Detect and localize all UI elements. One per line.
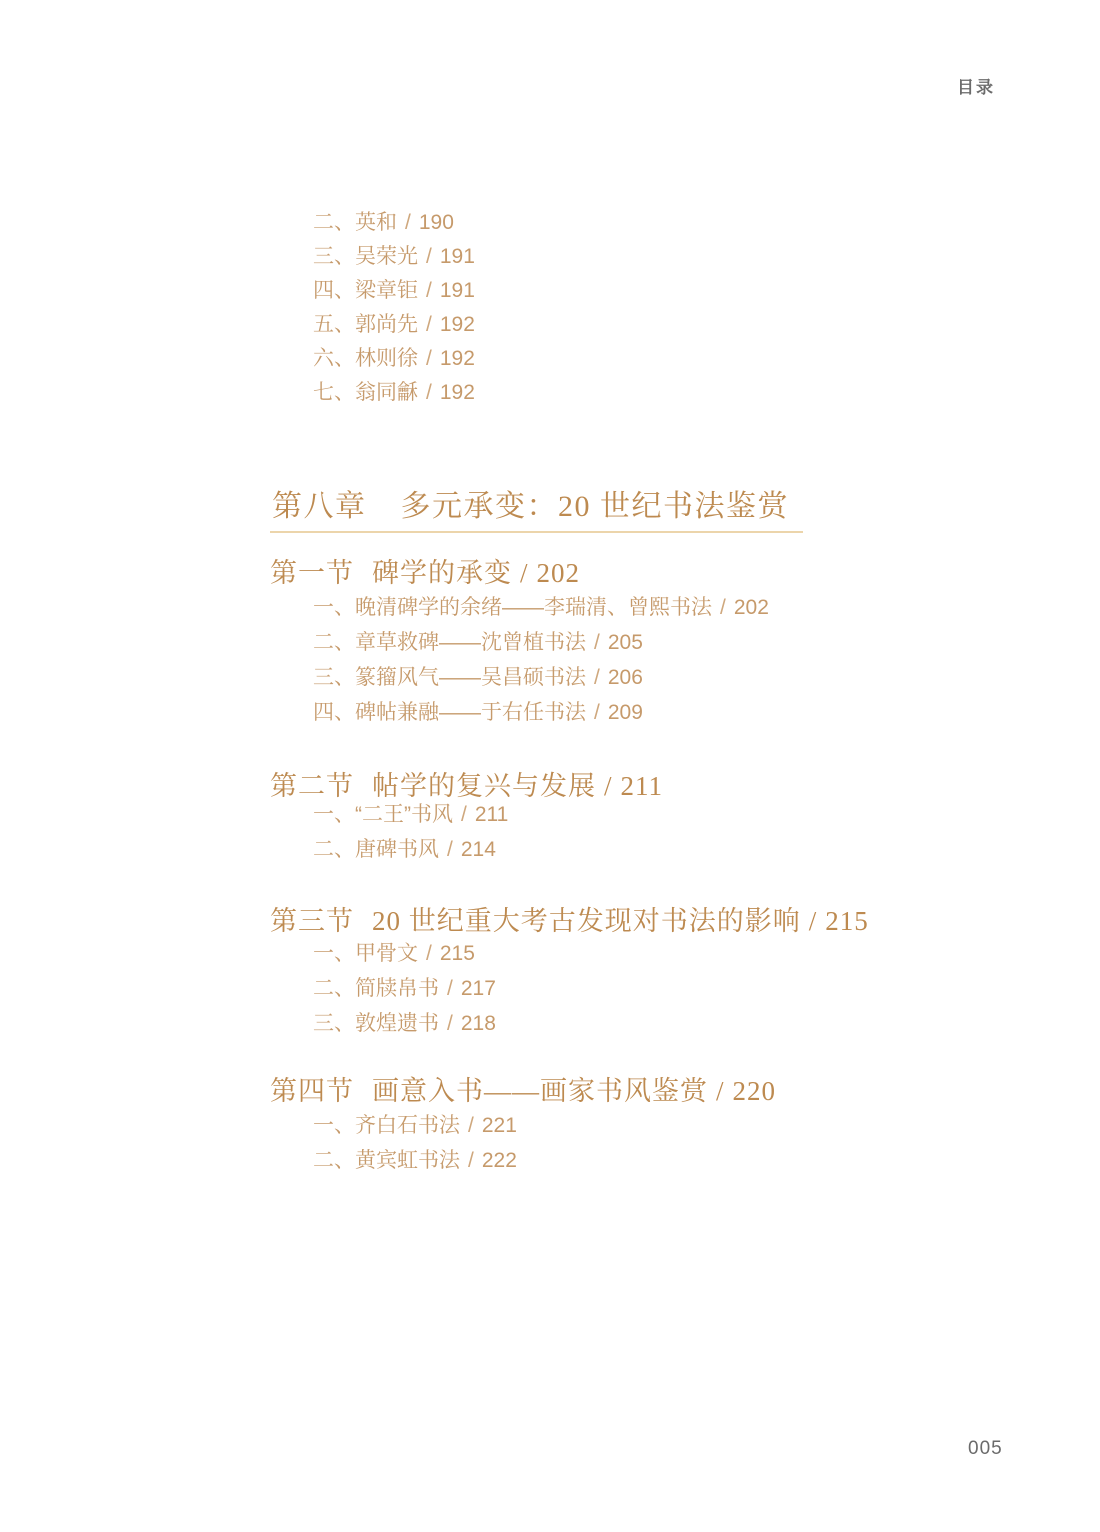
entry-page-number: 221 <box>482 1114 517 1137</box>
entry-separator: / <box>418 381 440 404</box>
entry-separator: / <box>439 977 461 1000</box>
entry-separator: / <box>418 347 440 370</box>
toc-entry: 六、林则徐/192 <box>313 342 475 376</box>
section-number: 第一节 <box>270 558 354 588</box>
toc-entry: 一、齐白石书法/221 <box>313 1108 517 1143</box>
entry-separator: / <box>460 1149 482 1172</box>
toc-entry: 二、章草救碑——沈曾植书法/205 <box>313 625 769 660</box>
toc-entry: 二、英和/190 <box>313 206 475 240</box>
toc-entry: 二、简牍帛书/217 <box>313 971 496 1006</box>
entry-label: 二、唐碑书风 <box>313 838 439 861</box>
entry-label: 一、甲骨文 <box>313 942 418 965</box>
section-entry-list-4: 一、齐白石书法/221 二、黄宾虹书法/222 <box>313 1108 517 1178</box>
entry-label: 七、翁同龢 <box>313 381 418 404</box>
section-entry-list-3: 一、甲骨文/215 二、简牍帛书/217 三、敦煌遗书/218 <box>313 936 496 1041</box>
section-page-number: 211 <box>621 771 664 801</box>
entry-page-number: 211 <box>475 803 508 826</box>
entry-separator: / <box>418 942 440 965</box>
chapter-heading: 第八章多元承变：20 世纪书法鉴赏 <box>272 481 789 525</box>
section-entry-list-1: 一、晚清碑学的余绪——李瑞清、曾熙书法/202 二、章草救碑——沈曾植书法/20… <box>313 590 769 730</box>
entry-separator: / <box>453 803 475 826</box>
entry-label: 一、“二王”书风 <box>313 803 453 826</box>
entry-page-number: 214 <box>461 838 496 861</box>
entry-separator: / <box>397 211 419 234</box>
entry-label: 二、简牍帛书 <box>313 977 439 1000</box>
section-number: 第三节 <box>270 906 354 936</box>
toc-entry: 一、甲骨文/215 <box>313 936 496 971</box>
entry-label: 三、敦煌遗书 <box>313 1012 439 1035</box>
entry-separator: / <box>439 1012 461 1035</box>
entry-label: 六、林则徐 <box>313 347 418 370</box>
entry-separator: / <box>418 279 440 302</box>
toc-entry: 一、晚清碑学的余绪——李瑞清、曾熙书法/202 <box>313 590 769 625</box>
section-heading-1: 第一节碑学的承变/202 <box>270 551 580 590</box>
section-page-number: 215 <box>825 906 869 936</box>
running-head: 目录 <box>957 73 995 98</box>
entry-separator: / <box>418 245 440 268</box>
entry-separator: / <box>586 666 608 689</box>
toc-entry: 四、碑帖兼融——于右任书法/209 <box>313 695 769 730</box>
toc-page: 目录 二、英和/190 三、吴荣光/191 四、梁章钜/191 五、郭尚先/19… <box>0 0 1100 1532</box>
carryover-entry-list: 二、英和/190 三、吴荣光/191 四、梁章钜/191 五、郭尚先/192 六… <box>313 206 475 410</box>
toc-entry: 二、唐碑书风/214 <box>313 832 508 867</box>
toc-entry: 二、黄宾虹书法/222 <box>313 1143 517 1178</box>
entry-label: 一、晚清碑学的余绪——李瑞清、曾熙书法 <box>313 596 712 619</box>
entry-page-number: 202 <box>734 596 769 619</box>
section-heading-3: 第三节20 世纪重大考古发现对书法的影响/215 <box>270 899 869 938</box>
folio-page-number: 005 <box>968 1438 1003 1460</box>
entry-separator: / <box>801 906 826 936</box>
toc-entry: 一、“二王”书风/211 <box>313 797 508 832</box>
section-page-number: 220 <box>733 1076 777 1106</box>
entry-page-number: 209 <box>608 701 643 724</box>
entry-page-number: 191 <box>440 245 475 268</box>
section-page-number: 202 <box>537 558 581 588</box>
entry-separator: / <box>460 1114 482 1137</box>
toc-entry: 四、梁章钜/191 <box>313 274 475 308</box>
entry-page-number: 217 <box>461 977 496 1000</box>
entry-page-number: 205 <box>608 631 643 654</box>
entry-page-number: 222 <box>482 1149 517 1172</box>
toc-entry: 七、翁同龢/192 <box>313 376 475 410</box>
entry-page-number: 206 <box>608 666 643 689</box>
toc-entry: 三、吴荣光/191 <box>313 240 475 274</box>
entry-separator: / <box>418 313 440 336</box>
entry-label: 一、齐白石书法 <box>313 1114 460 1137</box>
entry-page-number: 192 <box>440 381 475 404</box>
section-title-text: 画意入书——画家书风鉴赏 <box>372 1076 708 1106</box>
section-number: 第四节 <box>270 1076 354 1106</box>
entry-label: 二、英和 <box>313 211 397 234</box>
chapter-title-text: 多元承变：20 世纪书法鉴赏 <box>401 490 790 523</box>
entry-page-number: 192 <box>440 313 475 336</box>
entry-separator: / <box>439 838 461 861</box>
entry-page-number: 218 <box>461 1012 496 1035</box>
entry-page-number: 191 <box>440 279 475 302</box>
entry-page-number: 192 <box>440 347 475 370</box>
toc-entry: 五、郭尚先/192 <box>313 308 475 342</box>
entry-label: 三、吴荣光 <box>313 245 418 268</box>
chapter-divider-rule <box>270 531 803 533</box>
section-heading-4: 第四节画意入书——画家书风鉴赏/220 <box>270 1069 776 1108</box>
section-title-text: 碑学的承变 <box>372 558 512 588</box>
entry-separator: / <box>512 558 537 588</box>
chapter-number: 第八章 <box>272 490 367 523</box>
section-title-text: 20 世纪重大考古发现对书法的影响 <box>372 906 801 936</box>
entry-separator: / <box>586 631 608 654</box>
entry-label: 五、郭尚先 <box>313 313 418 336</box>
entry-separator: / <box>596 771 621 801</box>
entry-separator: / <box>586 701 608 724</box>
entry-page-number: 190 <box>419 211 454 234</box>
entry-label: 二、黄宾虹书法 <box>313 1149 460 1172</box>
entry-page-number: 215 <box>440 942 475 965</box>
entry-label: 三、篆籀风气——吴昌硕书法 <box>313 666 586 689</box>
entry-label: 二、章草救碑——沈曾植书法 <box>313 631 586 654</box>
entry-label: 四、碑帖兼融——于右任书法 <box>313 701 586 724</box>
entry-separator: / <box>708 1076 733 1106</box>
entry-separator: / <box>712 596 734 619</box>
toc-entry: 三、篆籀风气——吴昌硕书法/206 <box>313 660 769 695</box>
section-entry-list-2: 一、“二王”书风/211 二、唐碑书风/214 <box>313 797 508 867</box>
toc-entry: 三、敦煌遗书/218 <box>313 1006 496 1041</box>
entry-label: 四、梁章钜 <box>313 279 418 302</box>
